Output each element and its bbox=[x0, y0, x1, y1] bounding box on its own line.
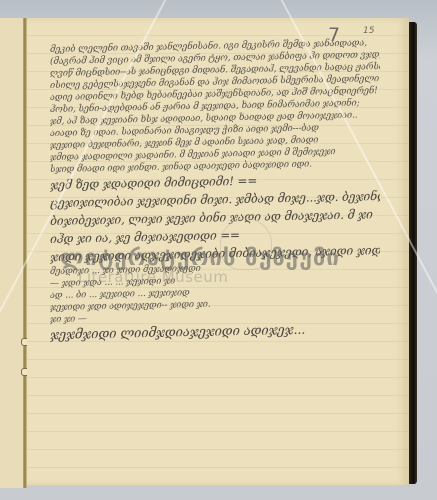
page-number-secondary: 15 bbox=[363, 26, 374, 36]
watermark-subtext: Literature Museum bbox=[78, 268, 228, 286]
handwritten-text: მეკიბ ლელენი თავაში ჯანლენისანი. იგი მეკ… bbox=[50, 44, 380, 346]
page-edge-stack bbox=[409, 22, 417, 484]
